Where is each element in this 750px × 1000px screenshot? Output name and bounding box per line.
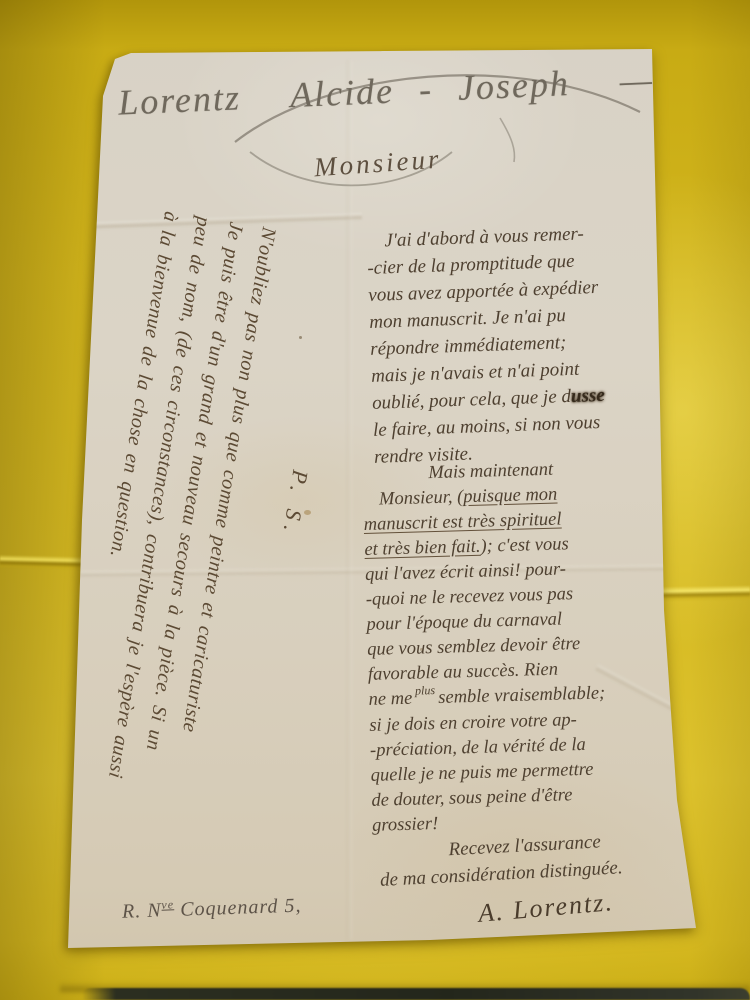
line-segment: Monsieur, ( bbox=[379, 487, 464, 509]
letter-paragraph-2: Mais maintenant Monsieur, (puisque mon m… bbox=[362, 456, 609, 838]
address-segment: R. N bbox=[122, 899, 162, 922]
postscript-heading: P. S. bbox=[235, 468, 313, 801]
inserted-word-above-line: plus bbox=[415, 683, 435, 698]
underlined-segment: et très bien fait. bbox=[364, 537, 481, 560]
address-segment: Coquenard 5, bbox=[174, 895, 302, 921]
line-segment: ); c'est vous bbox=[480, 534, 569, 556]
paper-wrinkle-bottom-right bbox=[595, 665, 695, 723]
line-segment: ne me bbox=[368, 689, 412, 710]
letter-paragraph-1: J'ai d'abord à vous remer- -cier de la p… bbox=[366, 220, 607, 471]
underlined-segment: puisque mon bbox=[463, 485, 558, 508]
underlined-segment: manuscrit est très spirituel bbox=[363, 509, 561, 535]
address-superscript: ve bbox=[161, 897, 174, 911]
pencil-flourish-line bbox=[0, 0, 750, 240]
photo-stage: Lorentz Alcide - Joseph — Monsieur J'ai … bbox=[0, 0, 750, 1000]
address-line: R. Nve Coquenard 5, bbox=[122, 893, 302, 924]
letter-paper-wrapper: Lorentz Alcide - Joseph — Monsieur J'ai … bbox=[0, 0, 750, 1000]
closing-formula: Recevez l'assurance de ma considération … bbox=[378, 827, 623, 894]
letter-paper: Lorentz Alcide - Joseph — Monsieur J'ai … bbox=[0, 0, 750, 1000]
line-segment: semble vraisemblable; bbox=[438, 683, 605, 708]
signature: A. Lorentz. bbox=[477, 887, 615, 929]
postscript-rotated-block: P. S. N'oubliez pas non plus que comme p… bbox=[66, 209, 350, 801]
blotted-word: usse bbox=[571, 385, 606, 407]
line-segment: oublié, pour cela, que je d bbox=[372, 386, 572, 414]
